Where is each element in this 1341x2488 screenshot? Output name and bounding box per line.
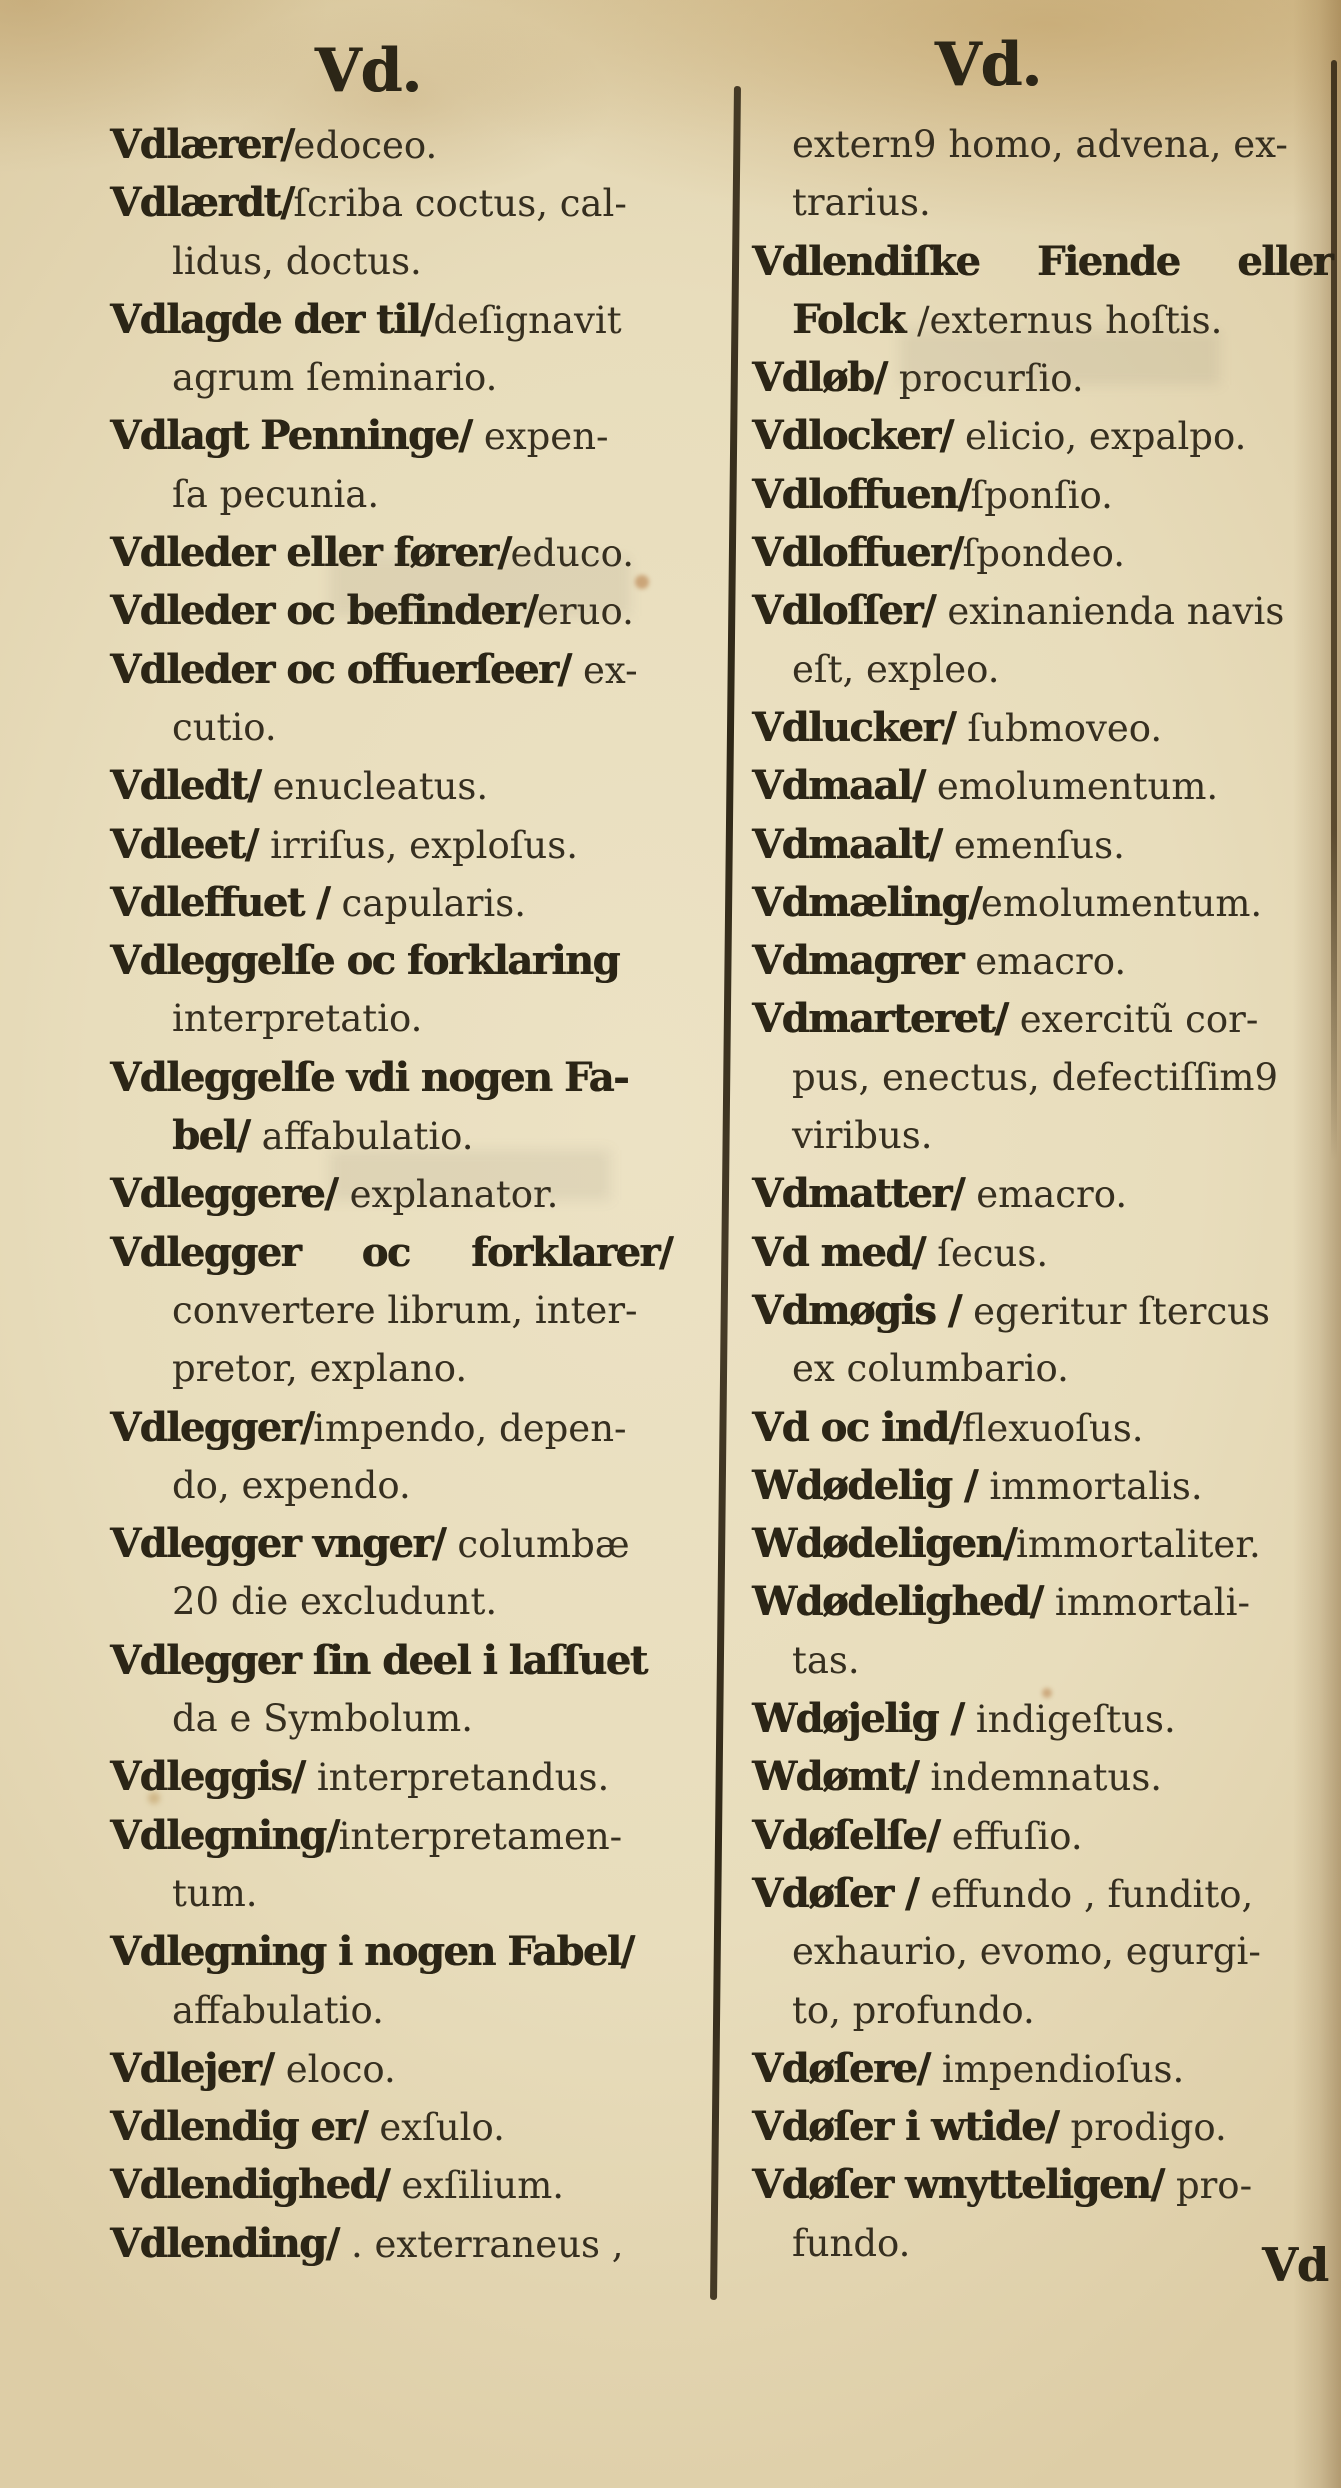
entry-line: eſt, expleo. — [752, 641, 1332, 699]
headword-text: Vdlærer/ — [110, 121, 293, 168]
gloss-text: expen- — [484, 415, 609, 458]
gloss-text: trarius. — [792, 181, 931, 224]
entry-line: Vdlærer/edoceo. — [110, 116, 672, 174]
gloss-text: affabulatio. — [262, 1115, 474, 1158]
headword-text: Vdleder eller fører/ — [110, 529, 510, 576]
gloss-text: exſulo. — [379, 2106, 505, 2149]
headword-text: Vdmæling/ — [752, 879, 981, 926]
gloss-text: pretor, explano. — [172, 1347, 467, 1390]
gloss-text: immortali- — [1055, 1581, 1250, 1624]
gloss-text: interpretatio. — [172, 997, 422, 1040]
entry-line: Vd med/ ſecus. — [752, 1224, 1332, 1282]
entry-line: bel/ affabulatio. — [110, 1107, 672, 1165]
entry-line: Vd oc ind/flexuoſus. — [752, 1399, 1332, 1457]
headword-text: Vdlagt Penninge/ — [110, 412, 484, 459]
headword-text: Wdømt/ — [752, 1753, 930, 1800]
entry-line: Vdlærdt/ſcriba coctus, cal- — [110, 174, 672, 232]
headword-text: bel/ — [172, 1112, 262, 1159]
headword-text: Wdødeligen/ — [752, 1520, 1016, 1567]
entry-line: Vdlegning i nogen Fabel/ — [110, 1923, 672, 1981]
dictionary-page-scan: Vd. Vd. Vdlærer/edoceo.Vdlærdt/ſcriba co… — [0, 0, 1341, 2488]
column-right: extern9 homo, advena, ex-trarius.Vdlendi… — [752, 116, 1332, 2273]
gloss-text: flexuoſus. — [962, 1407, 1144, 1450]
entry-line: Vdlagde der til/deſignavit — [110, 291, 672, 349]
headword-text: Vdloffuen/ — [752, 471, 971, 518]
gloss-text: pro- — [1176, 2164, 1252, 2207]
running-head-left: Vd. — [298, 36, 438, 106]
entry-line: Vdmaalt/ emenſus. — [752, 816, 1332, 874]
headword-text: Vdleffuet / — [110, 879, 342, 926]
entry-line: Vdmæling/emolumentum. — [752, 874, 1332, 932]
entry-line: Wdømt/ indemnatus. — [752, 1748, 1332, 1806]
gloss-text: lidus, doctus. — [172, 240, 422, 283]
headword-text: Vdlocker/ — [752, 412, 965, 459]
headword-text: Vdmatter/ — [752, 1170, 976, 1217]
entry-line: Vdmagrer emacro. — [752, 932, 1332, 990]
entry-line: interpretatio. — [110, 990, 672, 1048]
entry-line: agrum ſeminario. — [110, 349, 672, 407]
gloss-text: affabulatio. — [172, 1989, 384, 2032]
gloss-text: ex- — [583, 649, 638, 692]
entry-line: to, profundo. — [752, 1982, 1332, 2040]
entry-line: Wdødelighed/ immortali- — [752, 1573, 1332, 1631]
gloss-text: edoceo. — [293, 124, 437, 167]
gloss-text: interpretandus. — [317, 1756, 609, 1799]
entry-line: Wdøjelig / indigeſtus. — [752, 1690, 1332, 1748]
entry-line: Vdmarteret/ exercitũ cor- — [752, 990, 1332, 1048]
entry-line: Vdlegger ſin deel i laſſuet — [110, 1632, 672, 1690]
column-divider-rule — [710, 86, 741, 2300]
headword-text: Vdmaal/ — [752, 762, 937, 809]
entry-line: Vdlegger/impendo, depen- — [110, 1399, 672, 1457]
headword-text: Vdøſelſe/ — [752, 1812, 952, 1859]
gloss-text: egeritur ſtercus — [973, 1290, 1270, 1333]
gloss-text: pus, enectus, defectiſſim9 — [792, 1056, 1278, 1099]
running-head-right: Vd. — [918, 30, 1058, 100]
entry-line: Vdøſelſe/ effuſio. — [752, 1807, 1332, 1865]
headword-text: Vdlagde der til/ — [110, 296, 433, 343]
entry-line: Vdlagt Penninge/ expen- — [110, 407, 672, 465]
entry-line: Vdleder eller fører/educo. — [110, 524, 672, 582]
gloss-text: educo. — [510, 532, 634, 575]
headword-text: Vdlendig er/ — [110, 2103, 379, 2150]
entry-line: Vdleet/ irriſus, exploſus. — [110, 816, 672, 874]
entry-line: viribus. — [752, 1107, 1332, 1165]
gloss-text: emolumentum. — [981, 882, 1262, 925]
headword-text: Vdleder oc befinder/ — [110, 587, 537, 634]
entry-line: da e Symbolum. — [110, 1690, 672, 1748]
entry-line: tum. — [110, 1865, 672, 1923]
entry-line: Vdlendig er/ exſulo. — [110, 2098, 672, 2156]
headword-text: Vdleet/ — [110, 821, 270, 868]
entry-line: do, expendo. — [110, 1457, 672, 1515]
gloss-text: ſponſio. — [971, 474, 1113, 517]
gloss-text: . exterraneus , — [351, 2223, 624, 2266]
headword-text: Vdøſer wnytteligen/ — [752, 2161, 1176, 2208]
headword-text: Vdleggere/ — [110, 1170, 350, 1217]
headword-text: Wdøjelig / — [752, 1695, 976, 1742]
gloss-text: ſa pecunia. — [172, 473, 379, 516]
gloss-text: capularis. — [342, 882, 526, 925]
headword-text: Vdmøgis / — [752, 1287, 973, 1334]
headword-text: Vdloffuer/ — [752, 529, 963, 576]
entry-line: Vdøſer i wtide/ prodigo. — [752, 2098, 1332, 2156]
entry-line: Vdløb/ procurſio. — [752, 349, 1332, 407]
headword-text: Vdleggis/ — [110, 1753, 317, 1800]
gloss-text: columbæ — [457, 1523, 629, 1566]
headword-text: Wdødelighed/ — [752, 1578, 1055, 1625]
gloss-text: impendioſus. — [942, 2048, 1184, 2091]
entry-line: ex columbario. — [752, 1340, 1332, 1398]
gloss-text: emolumentum. — [937, 765, 1218, 808]
entry-line: Vdøſer / effundo , fundito, — [752, 1865, 1332, 1923]
headword-text: Vdlejer/ — [110, 2045, 286, 2092]
gloss-text: prodigo. — [1071, 2106, 1227, 2149]
gloss-text: procurſio. — [899, 357, 1084, 400]
headword-text: Vdlendiſke Fiende eller — [752, 238, 1332, 285]
gloss-text: eſt, expleo. — [792, 648, 1000, 691]
entry-line: Vdlucker/ ſubmoveo. — [752, 699, 1332, 757]
headword-text: Vdlegger/ — [110, 1404, 313, 1451]
gloss-text: eloco. — [286, 2048, 396, 2091]
entry-line: Vdmaal/ emolumentum. — [752, 757, 1332, 815]
gloss-text: /externus hoſtis. — [917, 299, 1222, 342]
headword-text: Vdleggelſe vdi nogen Fa- — [110, 1054, 628, 1101]
entry-line: Vdøſer wnytteligen/ pro- — [752, 2156, 1332, 2214]
catchword: Vd — [1262, 2238, 1328, 2292]
headword-text: Vdlucker/ — [752, 704, 967, 751]
gloss-text: extern9 homo, advena, ex- — [792, 123, 1288, 166]
headword-text: Vdøſere/ — [752, 2045, 942, 2092]
entry-line: 20 die excludunt. — [110, 1573, 672, 1631]
gloss-text: tum. — [172, 1872, 258, 1915]
entry-line: Vdlocker/ elicio, expalpo. — [752, 407, 1332, 465]
gloss-text: viribus. — [792, 1114, 933, 1157]
entry-line: ſa pecunia. — [110, 466, 672, 524]
gloss-text: interpretamen- — [339, 1815, 623, 1858]
headword-text: Vdlegger ſin deel i laſſuet — [110, 1637, 647, 1684]
headword-text: Vd oc ind/ — [752, 1404, 962, 1451]
entry-line: Folck /externus hoſtis. — [752, 291, 1332, 349]
entry-line: Vdmøgis / egeritur ſtercus — [752, 1282, 1332, 1340]
gloss-text: emacro. — [976, 1173, 1127, 1216]
gloss-text: effundo , fundito, — [930, 1873, 1253, 1916]
gloss-text: impendo, depen- — [313, 1407, 626, 1450]
entry-line: exhaurio, evomo, egurgi- — [752, 1923, 1332, 1981]
headword-text: Vdleder oc offuerſeer/ — [110, 646, 583, 693]
entry-line: Vdloffuen/ſponſio. — [752, 466, 1332, 524]
gloss-text: 20 die excludunt. — [172, 1580, 497, 1623]
gloss-text: do, expendo. — [172, 1464, 411, 1507]
gloss-text: ſpondeo. — [963, 532, 1125, 575]
entry-line: Vdlegger vnger/ columbæ — [110, 1515, 672, 1573]
headword-text: Folck — [792, 296, 917, 343]
entry-line: pretor, explano. — [110, 1340, 672, 1398]
gloss-text: immortaliter. — [1016, 1523, 1261, 1566]
entry-line: cutio. — [110, 699, 672, 757]
headword-text: Vdløb/ — [752, 354, 899, 401]
entry-line: convertere librum, inter- — [110, 1282, 672, 1340]
entry-line: Vdloffuer/ſpondeo. — [752, 524, 1332, 582]
entry-line: Vdøſere/ impendioſus. — [752, 2040, 1332, 2098]
headword-text: Vdmagrer — [752, 937, 975, 984]
gloss-text: fundo. — [792, 2222, 910, 2265]
headword-text: Vdlærdt/ — [110, 179, 293, 226]
entry-line: Vdlejer/ eloco. — [110, 2040, 672, 2098]
entry-line: extern9 homo, advena, ex- — [752, 116, 1332, 174]
gloss-text: ſecus. — [937, 1232, 1048, 1275]
headword-text: Vdmaalt/ — [752, 821, 954, 868]
gloss-text: tas. — [792, 1639, 860, 1682]
gloss-text: cutio. — [172, 706, 277, 749]
headword-text: Vdleggelſe oc forklaring — [110, 937, 619, 984]
entry-line: lidus, doctus. — [110, 233, 672, 291]
gloss-text: deſignavit — [433, 299, 621, 342]
gloss-text: enucleatus. — [273, 765, 489, 808]
entry-line: Vdleggis/ interpretandus. — [110, 1748, 672, 1806]
entry-line: Vdlendighed/ exſilium. — [110, 2156, 672, 2214]
gloss-text: indemnatus. — [930, 1756, 1162, 1799]
gloss-text: exhaurio, evomo, egurgi- — [792, 1930, 1261, 1973]
gloss-text: ſubmoveo. — [967, 707, 1162, 750]
gloss-text: exſilium. — [401, 2164, 564, 2207]
entry-line: Vdleffuet / capularis. — [110, 874, 672, 932]
gloss-text: emenſus. — [954, 824, 1125, 867]
entry-line: Vdlegger oc forklarer/ — [110, 1224, 672, 1282]
headword-text: Vd med/ — [752, 1229, 937, 1276]
entry-line: trarius. — [752, 174, 1332, 232]
entry-line: affabulatio. — [110, 1982, 672, 2040]
headword-text: Vdøſer / — [752, 1870, 930, 1917]
headword-text: Wdødelig / — [752, 1462, 989, 1509]
gloss-text: immortalis. — [989, 1465, 1202, 1508]
entry-line: Wdødeligen/immortaliter. — [752, 1515, 1332, 1573]
entry-line: Vdleder oc offuerſeer/ ex- — [110, 641, 672, 699]
gloss-text: to, profundo. — [792, 1989, 1035, 2032]
entry-line: Vdlegning/interpretamen- — [110, 1807, 672, 1865]
column-left: Vdlærer/edoceo.Vdlærdt/ſcriba coctus, ca… — [110, 116, 672, 2273]
headword-text: Vdlegning i nogen Fabel/ — [110, 1928, 634, 1975]
headword-text: Vdloſſer/ — [752, 587, 947, 634]
gloss-text: irriſus, exploſus. — [270, 824, 578, 867]
entry-line: Wdødelig / immortalis. — [752, 1457, 1332, 1515]
gloss-text: emacro. — [975, 940, 1126, 983]
headword-text: Vdlegning/ — [110, 1812, 339, 1859]
gloss-text: elicio, expalpo. — [965, 415, 1246, 458]
headword-text: Vdlegger vnger/ — [110, 1520, 457, 1567]
gloss-text: exercitũ cor- — [1020, 998, 1259, 1041]
entry-line: Vdlending/ . exterraneus , — [110, 2215, 672, 2273]
entry-line: Vdleggelſe vdi nogen Fa- — [110, 1049, 672, 1107]
gloss-text: eruo. — [537, 590, 634, 633]
entry-line: tas. — [752, 1632, 1332, 1690]
entry-line: fundo. — [752, 2215, 1332, 2273]
gloss-text: convertere librum, inter- — [172, 1289, 638, 1332]
gloss-text: explanator. — [350, 1173, 559, 1216]
entry-line: Vdleggere/ explanator. — [110, 1165, 672, 1223]
headword-text: Vdlending/ — [110, 2220, 351, 2267]
gloss-text: agrum ſeminario. — [172, 356, 497, 399]
headword-text: Vdøſer i wtide/ — [752, 2103, 1071, 2150]
headword-text: Vdmarteret/ — [752, 995, 1020, 1042]
entry-line: Vdloſſer/ exinanienda navis — [752, 582, 1332, 640]
headword-text: Vdlendighed/ — [110, 2161, 401, 2208]
entry-line: Vdleggelſe oc forklaring — [110, 932, 672, 990]
entry-line: Vdleder oc befinder/eruo. — [110, 582, 672, 640]
entry-line: Vdlendiſke Fiende eller — [752, 233, 1332, 291]
gloss-text: exinanienda navis — [947, 590, 1284, 633]
headword-text: Vdledt/ — [110, 762, 273, 809]
headword-text: Vdlegger oc forklarer/ — [110, 1229, 672, 1276]
entry-line: Vdledt/ enucleatus. — [110, 757, 672, 815]
gloss-text: indigeſtus. — [976, 1698, 1176, 1741]
entry-line: pus, enectus, defectiſſim9 — [752, 1049, 1332, 1107]
gloss-text: da e Symbolum. — [172, 1697, 473, 1740]
gloss-text: ſcriba coctus, cal- — [293, 182, 627, 225]
gloss-text: ex columbario. — [792, 1347, 1069, 1390]
entry-line: Vdmatter/ emacro. — [752, 1165, 1332, 1223]
gloss-text: effuſio. — [952, 1815, 1083, 1858]
